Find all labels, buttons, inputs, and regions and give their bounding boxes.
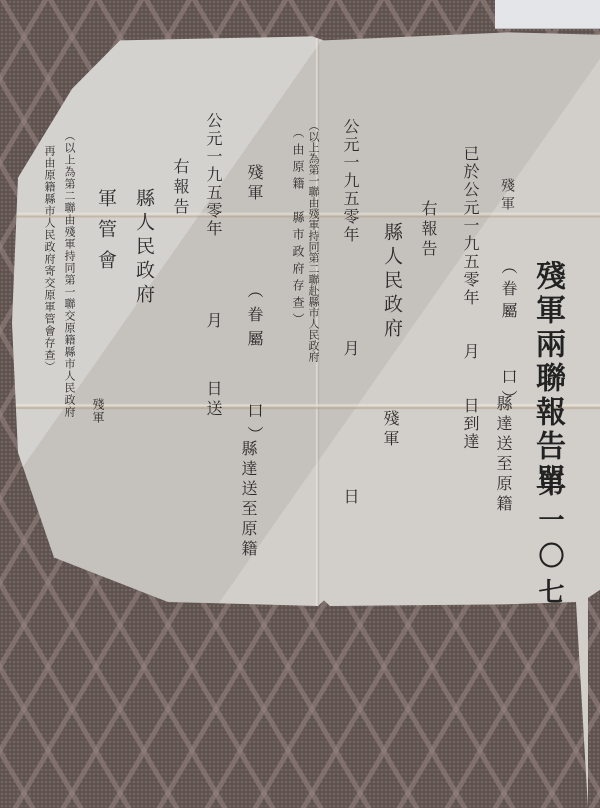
left-dependents-note: （眷屬 口） <box>246 282 262 450</box>
right-soldier-line: 殘軍 <box>382 410 398 450</box>
left-soldier-mark: 殘軍 <box>246 164 262 204</box>
left-date-day: 日送 <box>205 380 221 420</box>
left-military-committee: 軍管會 <box>96 188 115 281</box>
right-footnote-2: （由原籍 縣市政府存查） <box>292 126 304 330</box>
left-report-to: 右報告 <box>172 158 188 218</box>
left-delivery: 縣達送至原籍 <box>240 440 256 560</box>
left-footnote-1: （以上為第二聯由殘軍持同第一聯交原籍縣市人民政府 <box>64 130 75 418</box>
left-date-year: 公元一九五零年 <box>205 112 221 238</box>
right-arrival-date: 已於公元一九五零年 月 日到達 <box>462 145 478 451</box>
right-date-year: 公元一九五零年 <box>342 118 358 244</box>
white-card-corner <box>495 0 600 29</box>
left-footnote-2: 再由原籍縣市人民政府寄交原軍管會存查） <box>44 145 55 373</box>
right-county-gov: 縣人民政府 <box>382 222 401 342</box>
document-title: 殘軍兩聯報告單 <box>532 260 562 498</box>
right-date-day: 日 <box>342 488 358 508</box>
left-date-month: 月 <box>205 312 221 332</box>
right-report-to: 右報告 <box>420 200 436 260</box>
stub-mark: 殘軍 <box>500 178 514 214</box>
right-date-month: 月 <box>342 340 358 360</box>
left-county-gov: 縣人民政府 <box>134 188 153 308</box>
right-dependents-note: （眷屬 口） <box>500 258 516 412</box>
left-footnote-mark: 殘軍 <box>92 398 104 424</box>
right-delivery: 縣達送至原籍 <box>495 395 511 515</box>
right-footnote-1: （以上為第一聯由殘軍持同第二聯赴縣市人民政府 <box>308 120 319 362</box>
